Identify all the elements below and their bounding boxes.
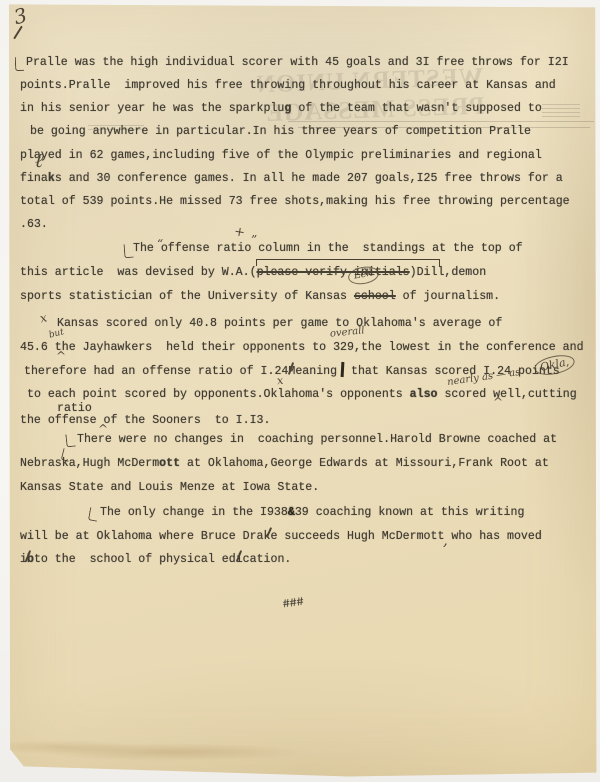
typed-segment: played in 62 games,including five of the… xyxy=(20,149,542,162)
typed-segment: fina xyxy=(20,172,48,185)
p3-line5: the offense of the Sooners to I.I3. xyxy=(20,414,270,428)
typed-segment: the offense of the Sooners to I.I3. xyxy=(20,414,270,427)
typed-segment-blot: & xyxy=(288,506,295,519)
para-bracket-there xyxy=(65,434,75,448)
p2-line2: this article was devised by W.A.(please … xyxy=(20,266,486,280)
typed-segment: Nebraska,Hugh McDerm xyxy=(20,457,159,470)
p1-line6: finaks and 30 conference games. In all h… xyxy=(20,172,563,186)
typed-segment: be going anywhere in particular.In his t… xyxy=(30,125,531,138)
p1-line8: .63. xyxy=(20,218,48,232)
typed-segment: of journalism. xyxy=(396,290,500,303)
typed-segment: of the team that wasn't supposed to xyxy=(291,102,541,115)
p3-line1: Kansas scored only 40.8 points per game … xyxy=(57,317,502,331)
t-correction-ratio: + xyxy=(233,225,246,240)
typed-segment: who has moved xyxy=(444,530,541,543)
typed-segment: The only change in the I938 xyxy=(100,506,288,519)
quote-close: ” xyxy=(251,234,257,246)
p1-line7: total of 539 points.He missed 73 free sh… xyxy=(20,195,570,209)
p1-line1: Pralle was the high individual scorer wi… xyxy=(26,56,569,70)
x-under-meaning: x xyxy=(276,375,284,387)
p3-line2: 45.6 the Jayhawkers held their opponents… xyxy=(20,341,584,355)
end-mark: ### xyxy=(282,596,305,613)
typed-segment: .63. xyxy=(20,218,48,231)
p1-line4: be going anywhere in particular.In his t… xyxy=(30,125,531,139)
para-bracket-the-offense xyxy=(124,244,134,259)
typed-segment: s and 30 conference games. In all he mad… xyxy=(55,172,563,185)
p5-line1: The only change in the I938&39 coaching … xyxy=(100,506,524,520)
typed-segment: )Dill,demon xyxy=(410,266,487,279)
typed-segment-b: k xyxy=(48,172,55,185)
caret-well: ^ xyxy=(493,396,503,408)
caret-ratio: ^ xyxy=(98,423,108,435)
typed-segment-struck: please verify initials xyxy=(257,266,410,279)
p1-line2: points.Pralle improved his free throwing… xyxy=(20,79,556,93)
bracket-over-initials xyxy=(256,259,440,266)
typed-segment: points.Pralle improved his free throwing… xyxy=(20,79,556,92)
bleed-smudge-right xyxy=(542,104,580,120)
typed-segment-b: also xyxy=(410,388,438,401)
typed-segment: ### xyxy=(282,596,304,612)
bleedthrough-watermark: WESTERN UNION PRESS MESSAGE xyxy=(283,63,485,128)
l-over-finals: ℓ xyxy=(34,150,44,171)
para-bracket-pralle xyxy=(15,57,24,71)
p4-line3: Kansas State and Louis Menze at Iowa Sta… xyxy=(20,481,319,495)
typed-segment: The offense ratio column in the standing… xyxy=(133,242,523,255)
typed-segment: Pralle was the high individual scorer wi… xyxy=(26,56,569,69)
typed-segment: There were no changes in coaching person… xyxy=(77,433,557,446)
typed-segment: 39 coaching known at this writing xyxy=(295,506,525,519)
p2-line1: The offense ratio column in the standing… xyxy=(133,242,523,256)
typed-segment: this article was devised by W.A.( xyxy=(20,266,257,279)
typed-segment: 45.6 the Jayhawkers held their opponents… xyxy=(20,341,584,354)
typed-segment: scored well,cutting xyxy=(438,388,577,401)
caret-jayhawkers: ^ xyxy=(56,350,66,362)
typed-segment: to the school of physical edication. xyxy=(34,553,291,566)
quote-open: “ xyxy=(157,238,163,250)
hand-comma-mcdermott: , xyxy=(443,533,448,548)
typed-segment-b: ott xyxy=(159,457,180,470)
typed-segment: sports statistician of the University of… xyxy=(20,290,354,303)
typed-segment: Kansas scored only 40.8 points per game … xyxy=(57,317,502,330)
typed-segment: will be at Oklahoma where Bruce Drake su… xyxy=(20,530,444,543)
bleed-rule-top xyxy=(288,121,594,122)
typed-segment: to each point scored by opponents.Oklaho… xyxy=(27,388,410,401)
p4-line1: There were no changes in coaching person… xyxy=(77,433,557,447)
p4-line2: Nebraska,Hugh McDermott at Oklahoma,Geor… xyxy=(20,457,549,471)
scanned-manuscript: WESTERN UNION PRESS MESSAGE Pralle was t… xyxy=(0,0,600,782)
typed-segment: in his senior year he was the sparkplu xyxy=(20,102,284,115)
p2-line3: sports statistician of the University of… xyxy=(20,290,500,304)
p1-line5: played in 62 games,including five of the… xyxy=(20,149,542,163)
p1-line3: in his senior year he was the sparkplug … xyxy=(20,102,542,116)
typed-segment: total of 539 points.He missed 73 free sh… xyxy=(20,195,570,208)
typed-segment: at Oklahoma,George Edwards at Missouri,F… xyxy=(180,457,549,470)
p5-line2: will be at Oklahoma where Bruce Drake su… xyxy=(20,530,542,544)
typed-segment: Kansas State and Louis Menze at Iowa Sta… xyxy=(20,481,319,494)
p5-line3: ibto the school of physical edication. xyxy=(20,553,291,567)
typed-segment-struck: school xyxy=(354,290,396,303)
